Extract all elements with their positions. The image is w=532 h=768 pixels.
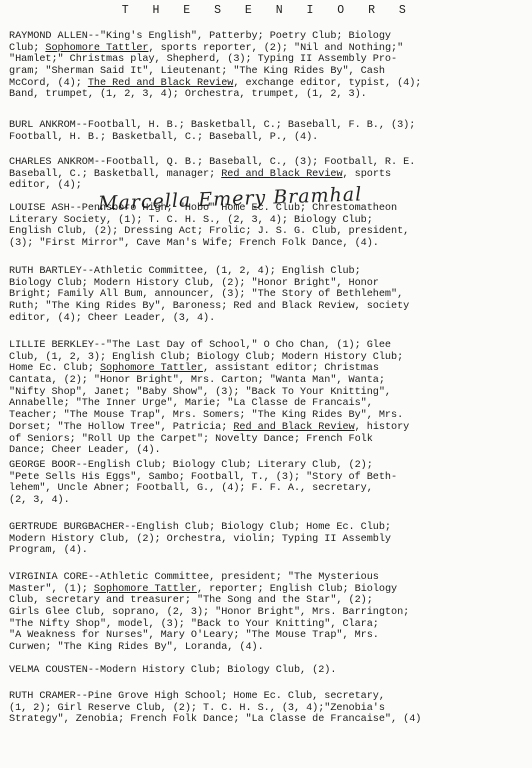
- entry-line: Band, trumpet, (1, 2, 3, 4); Orchestra, …: [9, 89, 531, 101]
- entry-line: lehem", Uncle Abner; Football, G., (4); …: [9, 483, 531, 495]
- entry-line: (2, 3, 4).: [9, 495, 531, 507]
- entry-line: RAYMOND ALLEN--"King's English", Patterb…: [9, 31, 531, 43]
- entry-line: Home Ec. Club; Sophomore Tattler, assist…: [9, 363, 531, 375]
- entry-line: GEORGE BOOR--English Club; Biology Club;…: [9, 460, 531, 472]
- entry-line: Dance; Cheer Leader, (4).: [9, 445, 531, 457]
- entry-line: of Seniors; "Roll Up the Carpet"; Novelt…: [9, 434, 531, 446]
- senior-entry: VELMA COUSTEN--Modern History Club; Biol…: [9, 665, 531, 677]
- entry-line: English Club, (2); Dressing Act; Frolic;…: [9, 226, 531, 238]
- entry-line: Curwen; "The King Rides By", Loranda, (4…: [9, 642, 531, 654]
- entry-line: Master", (1); Sophomore Tattler, reporte…: [9, 584, 531, 596]
- entry-line: Bright; Family All Bum, announcer, (3); …: [9, 289, 531, 301]
- document-page: T H E S E N I O R S RAYMOND ALLEN--"King…: [0, 0, 532, 768]
- senior-entry: GERTRUDE BURGBACHER--English Club; Biolo…: [9, 522, 531, 557]
- entry-line: Girls Glee Club, soprano, (2, 3); "Honor…: [9, 607, 531, 619]
- entry-line: "A Weakness for Nurses", Mary O'Leary; "…: [9, 630, 531, 642]
- entry-line: CHARLES ANKROM--Football, Q. B.; Basebal…: [9, 157, 531, 169]
- entry-line: Club, secretary and treasurer; "The Song…: [9, 595, 531, 607]
- senior-entry: RUTH CRAMER--Pine Grove High School; Hom…: [9, 691, 531, 726]
- senior-entry: BURL ANKROM--Football, H. B.; Basketball…: [9, 120, 531, 143]
- entry-line: (1, 2); Girl Reserve Club, (2); T. C. H.…: [9, 703, 531, 715]
- entry-line: VELMA COUSTEN--Modern History Club; Biol…: [9, 665, 531, 677]
- entry-line: Teacher; "The Mouse Trap", Mrs. Somers; …: [9, 410, 531, 422]
- entry-line: Club; Sophomore Tattler, sports reporter…: [9, 43, 531, 55]
- senior-entry: LOUISE ASH--Pennsboro High; "Hobo" Home …: [9, 203, 531, 250]
- entry-line: Modern History Club, (2); Orchestra, vio…: [9, 534, 531, 546]
- entry-line: "Hamlet;" Christmas play, Shepherd, (3);…: [9, 54, 531, 66]
- underlined-title: The Red and Black Review: [88, 78, 234, 89]
- senior-entry: VIRGINIA CORE--Athletic Committee, presi…: [9, 572, 531, 654]
- entry-line: Annabelle; "The Inner Urge", Marie; "La …: [9, 398, 531, 410]
- entry-line: "Pete Sells His Eggs", Sambo; Football, …: [9, 472, 531, 484]
- entry-line: BURL ANKROM--Football, H. B.; Basketball…: [9, 120, 531, 132]
- entry-line: RUTH CRAMER--Pine Grove High School; Hom…: [9, 691, 531, 703]
- underlined-title: Sophomore Tattler: [100, 363, 203, 374]
- entry-line: "The Nifty Shop", model, (3); "Back to Y…: [9, 619, 531, 631]
- underlined-title: Sophomore Tattler: [94, 584, 197, 595]
- entry-line: LILLIE BERKLEY--"The Last Day of School,…: [9, 340, 531, 352]
- entry-line: GERTRUDE BURGBACHER--English Club; Biolo…: [9, 522, 531, 534]
- entry-line: gram; "Sherman Said It", Lieutenant; "Th…: [9, 66, 531, 78]
- entry-line: Cantata, (2); "Honor Bright", Mrs. Carto…: [9, 375, 531, 387]
- entry-line: "Nifty Shop", Janet; "Baby Show", (3); "…: [9, 387, 531, 399]
- entry-line: McCord, (4); The Red and Black Review, e…: [9, 78, 531, 90]
- senior-entry: RUTH BARTLEY--Athletic Committee, (1, 2,…: [9, 266, 531, 324]
- entry-line: Ruth; "The King Rides By", Baroness; Red…: [9, 301, 531, 313]
- entry-line: Club, (1, 2, 3); English Club; Biology C…: [9, 352, 531, 364]
- entry-line: Strategy", Zenobia; French Folk Dance; "…: [9, 714, 531, 726]
- entry-line: VIRGINIA CORE--Athletic Committee, presi…: [9, 572, 531, 584]
- underlined-title: Red and Black Review: [221, 169, 342, 180]
- entry-line: editor, (4); Cheer Leader, (3, 4).: [9, 313, 531, 325]
- entry-line: Baseball, C.; Basketball, manager; Red a…: [9, 169, 531, 181]
- senior-entry: RAYMOND ALLEN--"King's English", Patterb…: [9, 31, 531, 101]
- senior-entry: LILLIE BERKLEY--"The Last Day of School,…: [9, 340, 531, 457]
- entry-line: Dorset; "The Hollow Tree", Patricia; Red…: [9, 422, 531, 434]
- senior-entry: GEORGE BOOR--English Club; Biology Club;…: [9, 460, 531, 507]
- underlined-title: Red and Black Review: [233, 422, 354, 433]
- entry-line: (3); "First Mirror", Cave Man's Wife; Fr…: [9, 238, 531, 250]
- entry-line: Football, H. B.; Basketball, C.; Basebal…: [9, 132, 531, 144]
- page-title: T H E S E N I O R S: [0, 4, 532, 17]
- entry-line: Literary Society, (1); T. C. H. S., (2, …: [9, 215, 531, 227]
- entry-line: RUTH BARTLEY--Athletic Committee, (1, 2,…: [9, 266, 531, 278]
- underlined-title: Sophomore Tattler: [45, 43, 148, 54]
- entry-line: Biology Club; Modern History Club, (2); …: [9, 278, 531, 290]
- entry-line: Program, (4).: [9, 545, 531, 557]
